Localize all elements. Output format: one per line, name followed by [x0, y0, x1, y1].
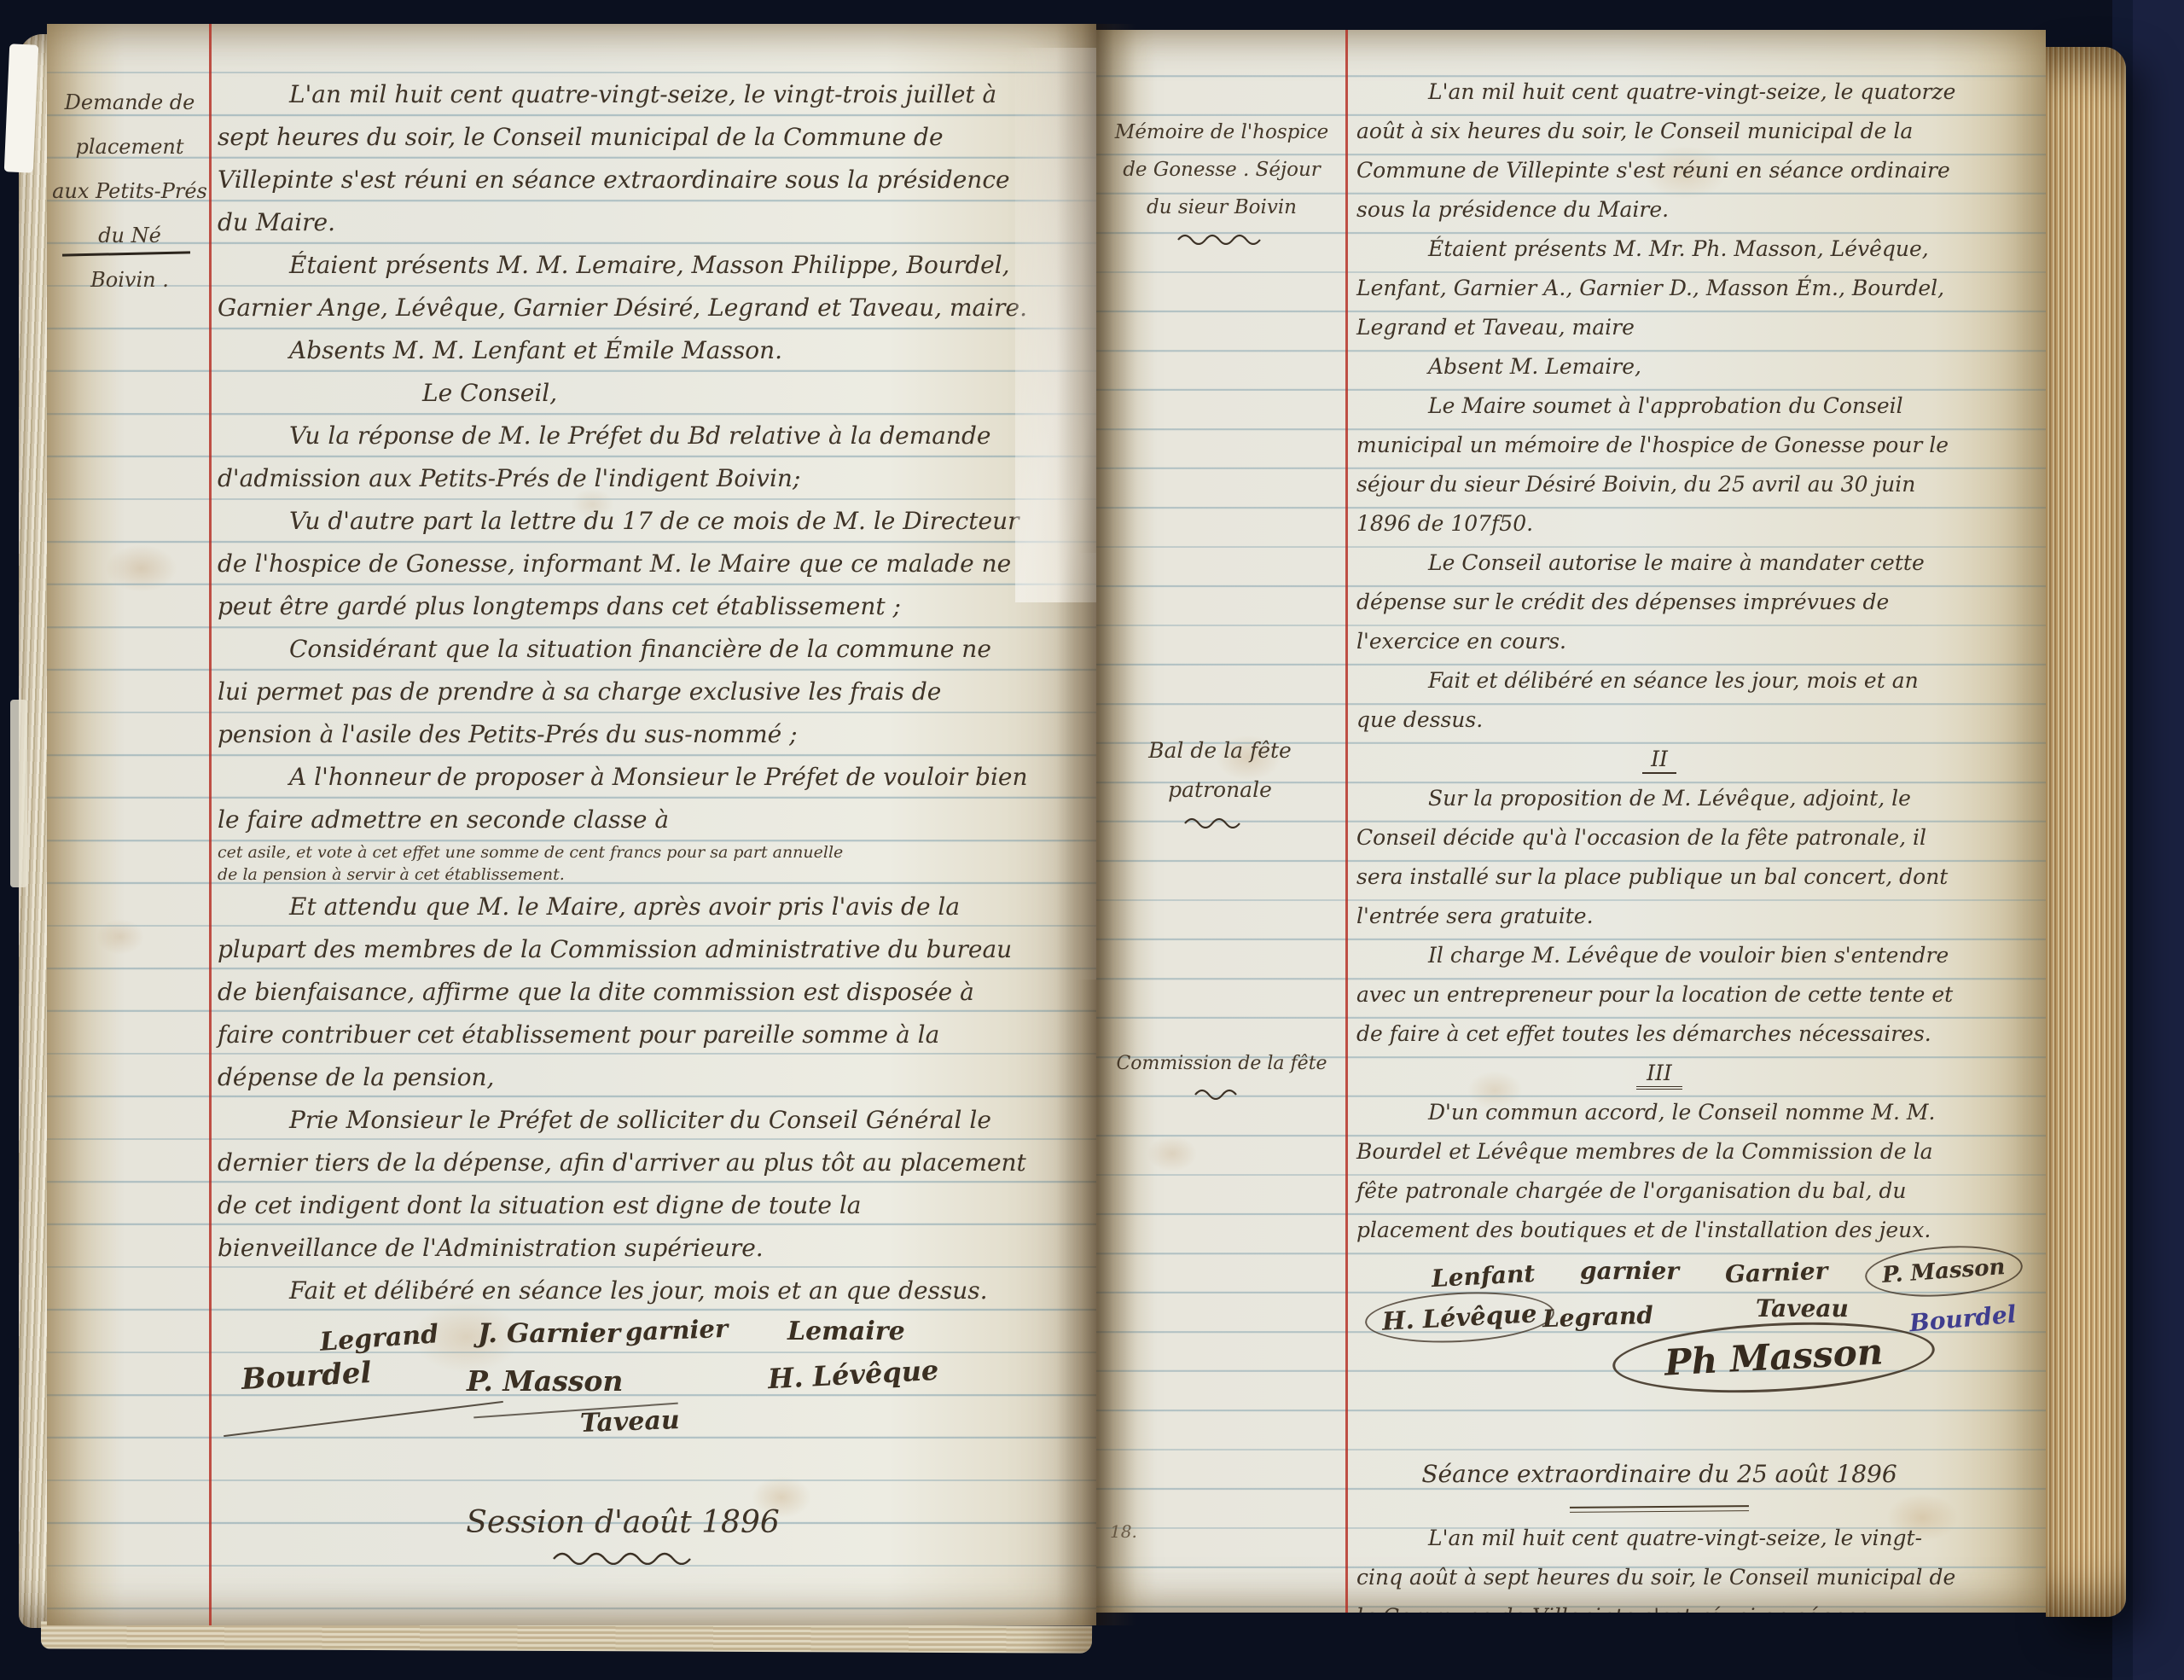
double-rule-divider — [1570, 1505, 1749, 1513]
paragraph: D'un commun accord, le Conseil nomme M. … — [1356, 1093, 1962, 1250]
paragraph: Vu d'autre part la lettre du 17 de ce mo… — [218, 500, 1028, 628]
seance-caption: Séance extraordinaire du 25 août 1896 — [1356, 1455, 1962, 1494]
margin-note-line: patronale — [1122, 770, 1318, 810]
left-page: Demande de placement aux Petits-Prés du … — [47, 24, 1096, 1625]
signature-blue-ink: Bourdel — [1908, 1295, 2018, 1344]
signature: P. Masson — [467, 1360, 623, 1403]
signature: H. Lévêque — [767, 1349, 940, 1400]
signature-grand-flourish: Ph Masson — [1611, 1315, 1937, 1400]
signature: J. Garnier — [478, 1312, 620, 1355]
paragraph: Et attendu que M. le Maire, après avoir … — [218, 886, 1028, 1099]
margin-note-line: Boivin . — [52, 258, 207, 302]
section-heading-ii: II — [1356, 740, 1962, 779]
session-caption: Session d'août 1896 — [218, 1502, 1028, 1544]
signature: garnier — [624, 1307, 729, 1353]
right-page-margin-rule — [1345, 30, 1348, 1613]
interlined-addition: de la pension à servir à cet établisseme… — [218, 863, 1028, 886]
margin-note-line: de Gonesse . Séjour — [1103, 151, 1340, 189]
margin-note-line: Mémoire de l'hospice — [1103, 113, 1340, 151]
signature: Garnier — [1724, 1252, 1828, 1294]
paragraph: Sur la proposition de M. Lévêque, adjoin… — [1356, 779, 1962, 936]
left-page-margin-rule — [209, 24, 212, 1625]
paragraph: L'an mil huit cent quatre-vingt-seize, l… — [1356, 73, 1962, 230]
margin-note-line: du sieur Boivin — [1103, 189, 1340, 226]
paragraph: Considérant que la situation financière … — [218, 628, 1028, 756]
signature: P. Masson — [1863, 1241, 2024, 1302]
margin-note-line: aux Petits-Prés du Né — [52, 169, 207, 258]
interlined-addition: cet asile, et vote à cet effet une somme… — [218, 841, 1028, 863]
left-signature-block: Legrand J. Garnier garnier Lemaire Bourd… — [218, 1317, 1028, 1479]
right-margin-note-memoire: Mémoire de l'hospice de Gonesse . Séjour… — [1103, 113, 1340, 245]
right-margin-note-bal: Bal de la fête patronale — [1122, 731, 1318, 828]
paragraph: Fait et délibéré en séance les jour, moi… — [218, 1270, 1028, 1312]
paragraph: Il charge M. Lévêque de vouloir bien s'e… — [1356, 936, 1962, 1054]
left-margin-note: Demande de placement aux Petits-Prés du … — [52, 80, 207, 302]
paragraph: A l'honneur de proposer à Monsieur le Pr… — [218, 756, 1028, 841]
paragraph: Le Maire soumet à l'approbation du Conse… — [1356, 387, 1962, 544]
signature: Legrand — [1542, 1296, 1653, 1340]
signature: H. Lévêque — [1364, 1288, 1555, 1347]
paragraph: Étaient présents M. Mr. Ph. Masson, Lévê… — [1356, 230, 1962, 347]
signature: Lemaire — [787, 1311, 905, 1353]
book-fore-edge — [2046, 47, 2126, 1617]
photograph-background: { "colors": { "background": "#0b101f", "… — [0, 0, 2184, 1680]
flourish-squiggle — [1192, 1088, 1252, 1100]
paragraph: Le Conseil, — [218, 372, 1028, 415]
left-page-text-column: L'an mil huit cent quatre-vingt-seize, l… — [218, 73, 1028, 1565]
right-page-text-column: L'an mil huit cent quatre-vingt-seize, l… — [1356, 73, 1962, 1613]
book-gutter-shadow — [1056, 24, 1136, 1625]
paragraph: Absents M. M. Lenfant et Émile Masson. — [218, 329, 1028, 372]
right-page: Mémoire de l'hospice de Gonesse . Séjour… — [1096, 30, 2046, 1613]
signature-flourish-stroke — [224, 1401, 503, 1437]
flourish-squiggle — [1175, 233, 1269, 245]
paragraph: Absent M. Lemaire, — [1356, 347, 1962, 387]
paragraph: Étaient présents M. M. Lemaire, Masson P… — [218, 244, 1028, 329]
page-corner-sliver-lower — [10, 700, 27, 887]
right-signature-block: Lenfant garnier Garnier P. Masson H. Lév… — [1356, 1257, 1962, 1443]
flourish-squiggle — [550, 1551, 695, 1565]
paragraph: L'an mil huit cent quatre-vingt-seize, l… — [1356, 1519, 1962, 1613]
paragraph: Fait et délibéré en séance les jour, moi… — [1356, 661, 1962, 740]
book-bottom-page-edges — [41, 1621, 1092, 1653]
signature: Bourdel — [241, 1352, 373, 1401]
paragraph: Prie Monsieur le Préfet de solliciter du… — [218, 1099, 1028, 1270]
signature: garnier — [1580, 1252, 1679, 1291]
paragraph: L'an mil huit cent quatre-vingt-seize, l… — [218, 73, 1028, 244]
section-heading-iii: III — [1356, 1054, 1962, 1093]
paragraph: Le Conseil autorise le maire à mandater … — [1356, 544, 1962, 661]
page-corner-sliver — [4, 44, 39, 172]
background-right-band — [2126, 0, 2184, 1680]
paragraph: Vu la réponse de M. le Préfet du Bd rela… — [218, 415, 1028, 500]
flourish-squiggle — [1182, 817, 1258, 828]
margin-note-line: Bal de la fête — [1122, 731, 1318, 770]
margin-note-line: Demande de placement — [52, 80, 207, 169]
